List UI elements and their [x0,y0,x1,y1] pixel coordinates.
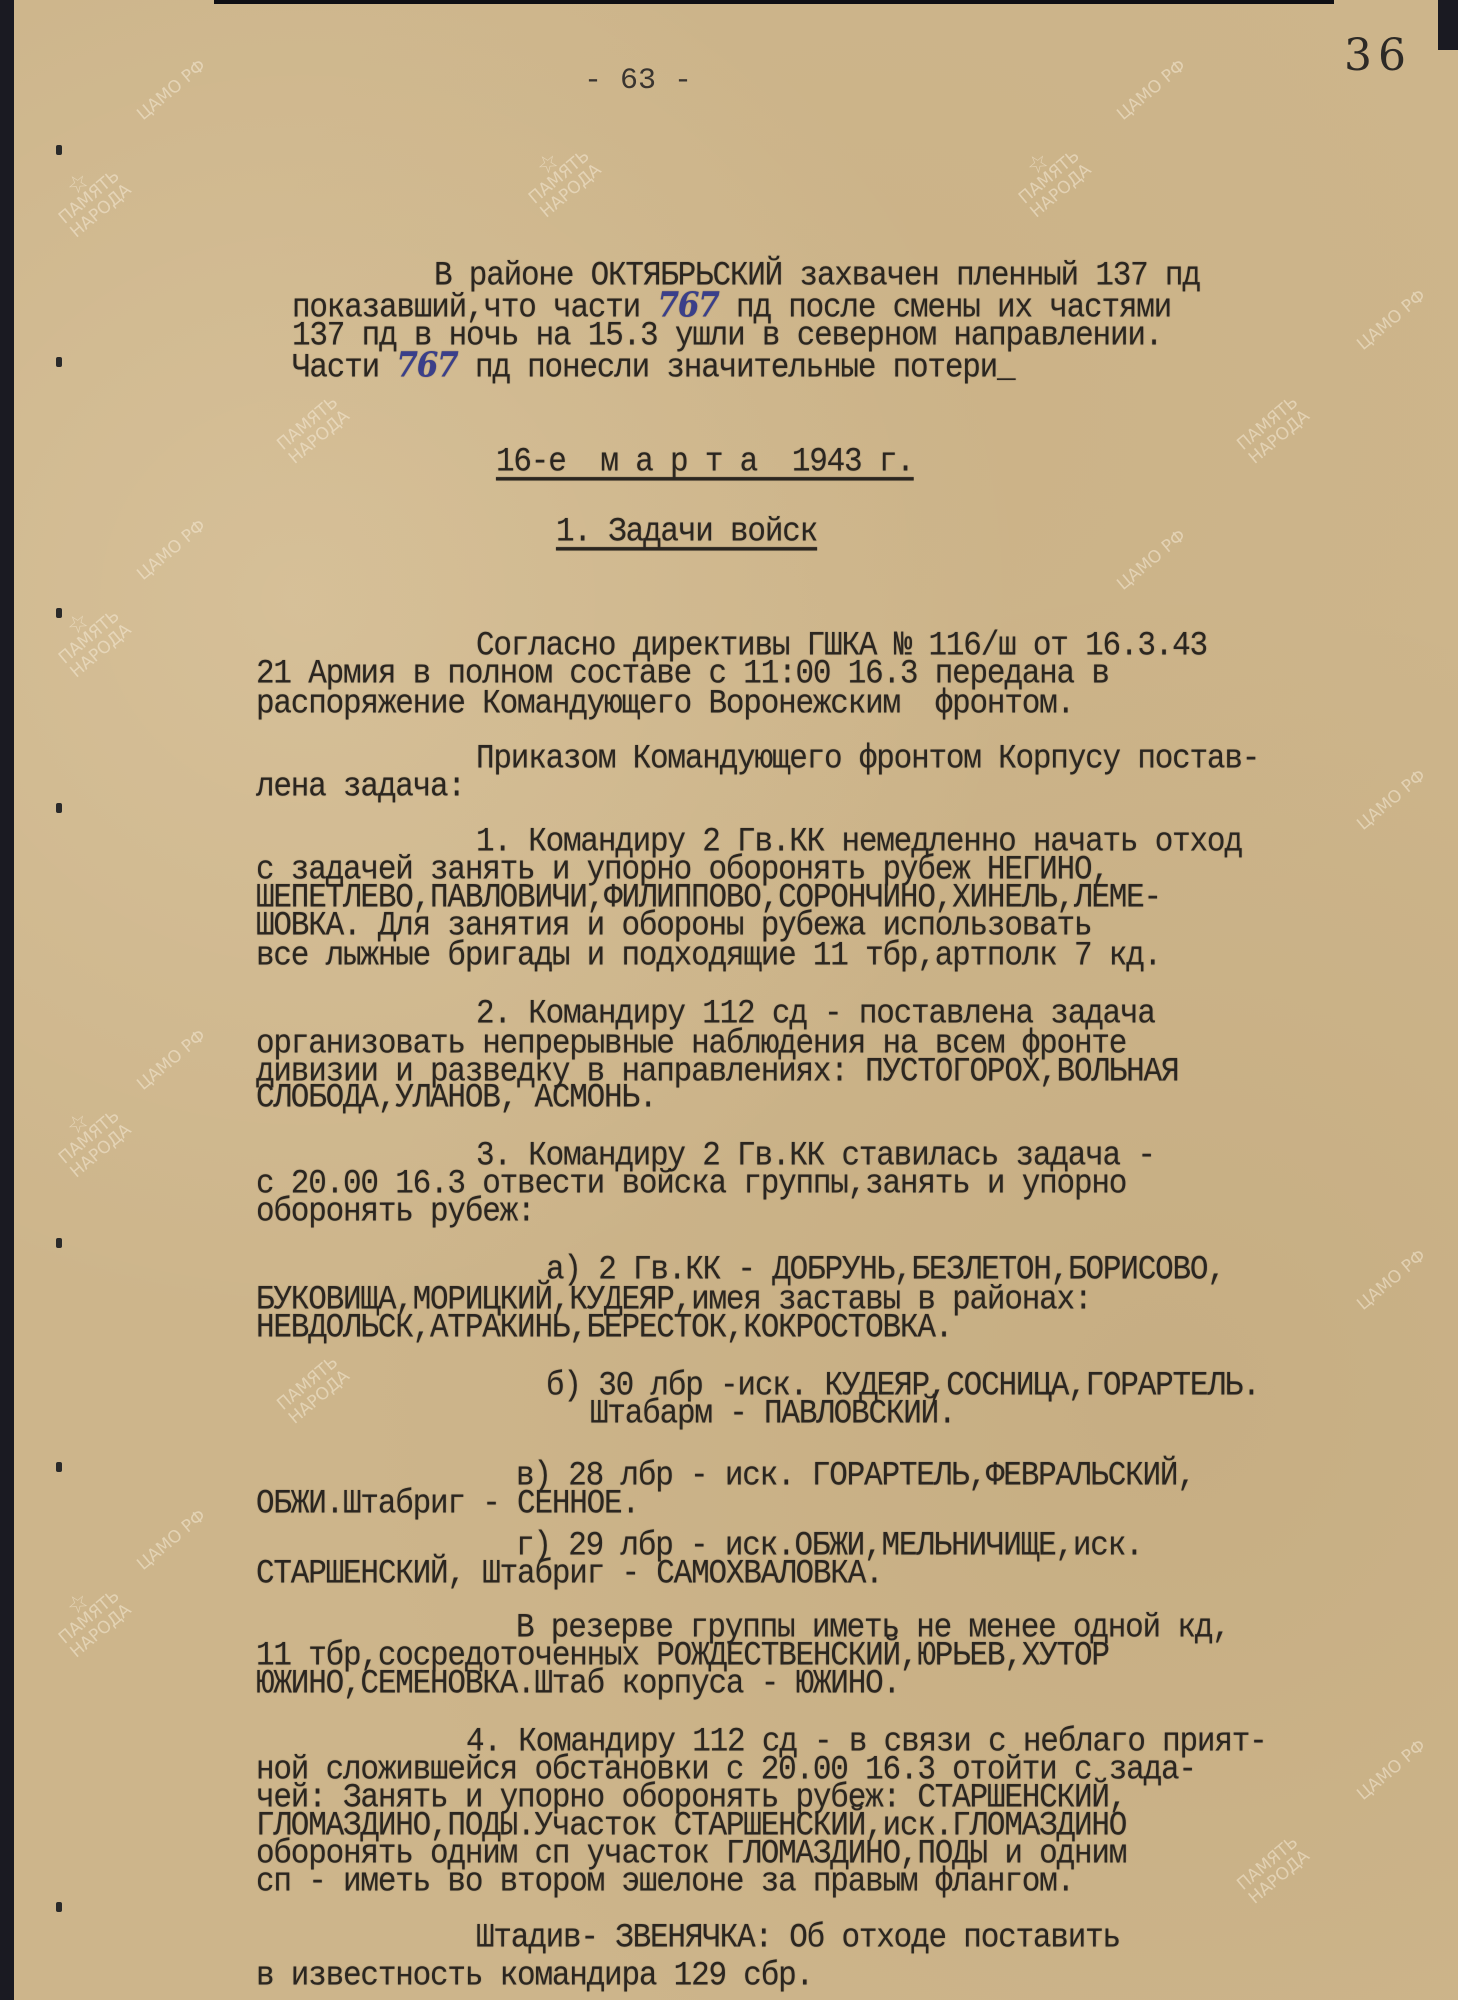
paragraph-line: СЛОБОДА,УЛАНОВ, АСМОНЬ. [256,1084,656,1112]
section-heading: 1. Задачи войск [556,518,817,546]
punch-hole [56,608,62,618]
scan-corner [1438,0,1458,50]
watermark-archive: ЦАМО РФ [1354,287,1429,354]
paragraph-line: все лыжные бригады и подходящие 11 тбр,а… [256,942,1161,970]
watermark-project: ☆ ПАМЯТЬ НАРОДА [1004,133,1095,221]
intro-line: В районе ОКТЯБРЬСКИЙ захвачен пленный 13… [434,262,1200,290]
watermark-project: ☆ ПАМЯТЬ НАРОДА [44,153,135,241]
paragraph-line: ЮЖИНО,СЕМЕНОВКА.Штаб корпуса - ЮЖИНО. [256,1670,900,1698]
watermark-archive: ЦАМО РФ [1354,1737,1429,1804]
paragraph-line: Приказом Командующего фронтом Корпусу по… [476,745,1259,773]
paragraph-line: Штадив- ЗВЕНЯЧКА: Об отходе поставить [476,1924,1120,1952]
watermark-archive: ЦАМО РФ [1114,527,1189,594]
paragraph-line: НЕВДОЛЬСК,АТРАКИНЬ,БЕРЕСТОК,КОКРОСТОВКА. [256,1314,952,1342]
watermark-archive: ЦАМО РФ [134,57,209,124]
watermark-project: ПАМЯТЬ НАРОДА [1234,1833,1313,1907]
date-heading: 16-е м а р т а 1943 г. [496,448,914,476]
scan-edge [214,0,1334,4]
paragraph-line: в известность командира 129 сбр. [256,1962,813,1990]
document-page: - 63 - 36 ЦАМО РФ ЦАМО РФ ☆ ПАМЯТЬ НАРОД… [14,0,1458,2000]
paragraph-line: ОБЖИ.Штабриг - СЕННОЕ. [256,1490,639,1518]
punch-hole [56,1902,62,1912]
paragraph-line: СТАРШЕНСКИЙ, Штабриг - САМОХВАЛОВКА. [256,1560,883,1588]
archive-sheet-number: 36 [1344,30,1412,81]
watermark-archive: ЦАМО РФ [1354,1247,1429,1314]
watermark-archive: ЦАМО РФ [134,517,209,584]
paragraph-line: сп - иметь во втором эшелоне за правым ф… [256,1868,1074,1896]
punch-hole [56,145,62,155]
watermark-archive: ЦАМО РФ [1114,57,1189,124]
watermark-project: ☆ ПАМЯТЬ НАРОДА [514,133,605,221]
watermark-archive: ЦАМО РФ [1354,767,1429,834]
intro-line: Части 767 пд понесли значительные потери… [292,352,1014,382]
watermark-project: ПАМЯТЬ НАРОДА [274,1353,353,1427]
punch-hole [56,1238,62,1248]
watermark-project: ☆ ПАМЯТЬ НАРОДА [44,1573,135,1661]
handwritten-division-number: 767 [396,345,457,385]
paragraph-line: оборонять рубеж: [256,1198,534,1226]
punch-hole [56,357,62,367]
watermark-project: ПАМЯТЬ НАРОДА [274,393,353,467]
punch-hole [56,1462,62,1472]
punch-hole [56,803,62,813]
watermark-archive: ЦАМО РФ [134,1507,209,1574]
paragraph-line: Штабарм - ПАВЛОВСКИЙ. [590,1400,955,1428]
watermark-project: ПАМЯТЬ НАРОДА [1234,393,1313,467]
page-number: - 63 - [584,64,692,98]
watermark-project: ☆ ПАМЯТЬ НАРОДА [44,593,135,681]
watermark-archive: ЦАМО РФ [134,1027,209,1094]
watermark-project: ☆ ПАМЯТЬ НАРОДА [44,1093,135,1181]
paragraph-line: лена задача: [256,773,465,801]
paragraph-line: распоряжение Командующего Воронежским фр… [256,690,1074,718]
